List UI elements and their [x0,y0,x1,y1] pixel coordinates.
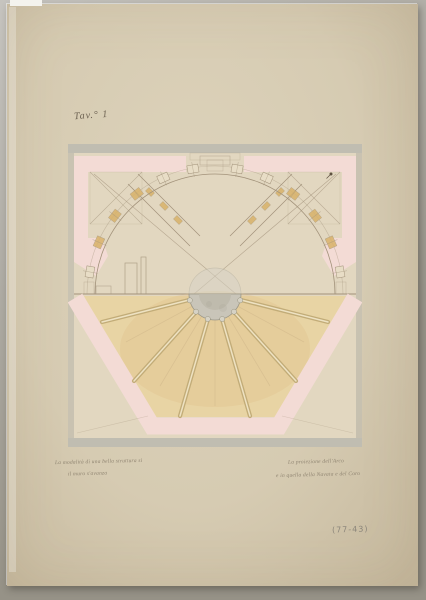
dome-plan-drawing [68,144,362,447]
catalog-number-pencil: (77-43) [332,524,369,534]
plate-number-label: Tav.° 1 [74,109,109,122]
mount-notch [10,0,42,6]
caption-bottom-left-line2: il muro s'avanza [68,470,107,477]
caption-bottom-right-line1: La proiezione dell'Arco [288,458,344,465]
paper-sheet: Tav.° 1 [7,4,418,586]
caption-bottom-right-line2: e in quella della Navata e del Coro [276,471,360,479]
caption-bottom-left-line1: La modalità di una bella struttura si [55,458,143,466]
paper-deckle-edge [9,7,16,572]
photograph-of-architectural-drawing: Tav.° 1 [0,0,426,600]
